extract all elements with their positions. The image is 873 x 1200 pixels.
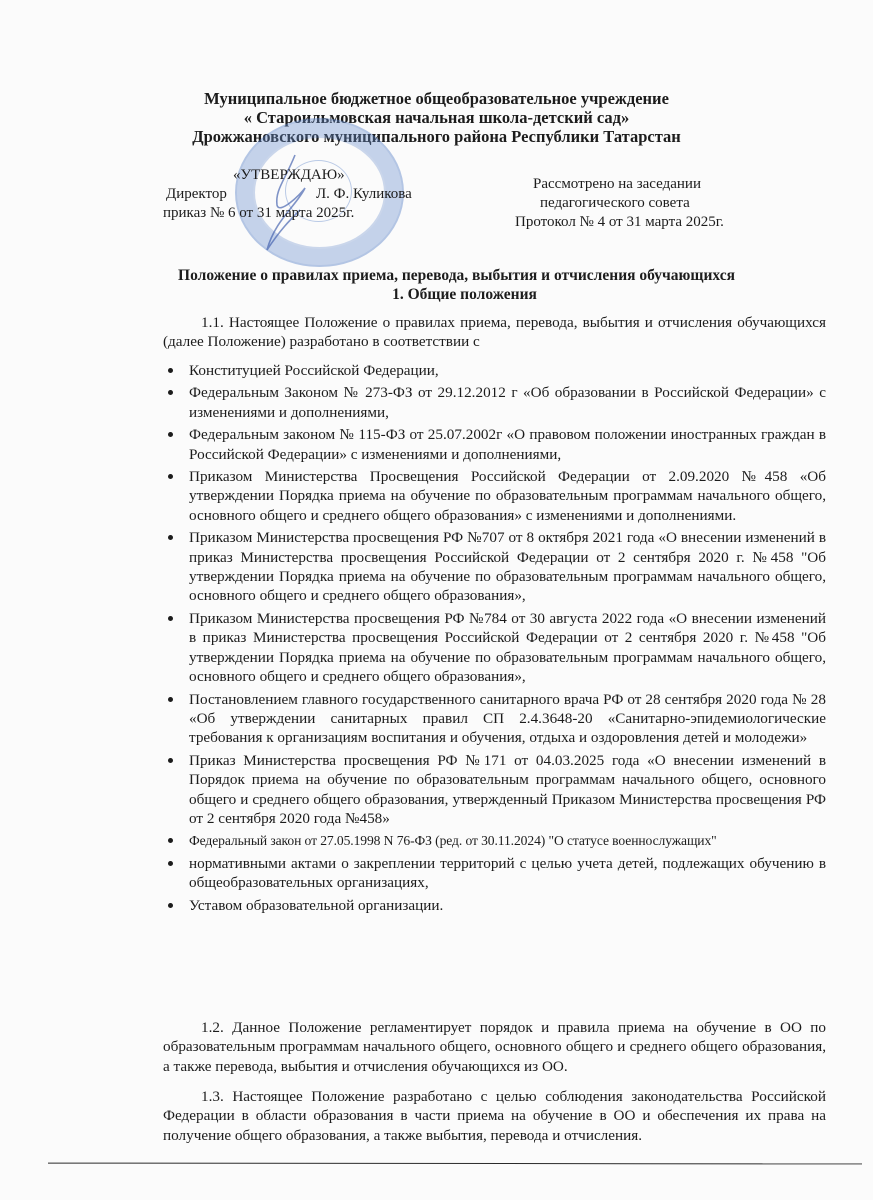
institution-line-3: Дрожжановского муниципального района Рес…	[0, 127, 873, 146]
list-item: Приказ Министерства просвещения РФ №171 …	[163, 751, 826, 829]
list-item: нормативными актами о закреплении террит…	[163, 854, 826, 893]
institution-line-1: Муниципальное бюджетное общеобразователь…	[0, 89, 873, 108]
list-item: Приказом Министерства Просвещения Россий…	[163, 467, 826, 525]
list-item: Постановлением главного государственного…	[163, 690, 826, 748]
council-line-2: педагогического совета	[540, 194, 690, 213]
bullet-icon	[168, 697, 173, 702]
institution-line-2: « Староильмовская начальная школа-детски…	[0, 108, 873, 127]
list-item: Федеральный закон от 27.05.1998 N 76-ФЗ …	[163, 831, 826, 850]
bullet-icon	[168, 616, 173, 621]
legal-basis-list: Конституцией Российской Федерации, Федер…	[163, 361, 826, 918]
paragraph-1-1: 1.1. Настоящее Положение о правилах прие…	[163, 313, 826, 352]
order-reference: приказ № 6 от 31 марта 2025г.	[163, 204, 354, 223]
list-item: Конституцией Российской Федерации,	[163, 361, 826, 380]
bullet-icon	[168, 758, 173, 763]
bottom-divider	[48, 1163, 862, 1165]
section-title: 1. Общие положения	[28, 285, 873, 304]
list-item: Уставом образовательной организации.	[163, 896, 826, 915]
list-item: Приказом Министерства просвещения РФ №70…	[163, 528, 826, 606]
list-item: Приказом Министерства просвещения РФ №78…	[163, 609, 826, 687]
bullet-icon	[168, 474, 173, 479]
bullet-icon	[168, 861, 173, 866]
institution-header: Муниципальное бюджетное общеобразователь…	[0, 89, 873, 146]
bullet-icon	[168, 838, 173, 843]
list-item: Федеральным Законом № 273-ФЗ от 29.12.20…	[163, 383, 826, 422]
council-line-1: Рассмотрено на заседании	[533, 175, 701, 194]
bullet-icon	[168, 368, 173, 373]
director-name: Л. Ф. Куликова	[316, 185, 412, 204]
paragraph-1-2: 1.2. Данное Положение регламентирует пор…	[163, 1018, 826, 1076]
list-item: Федеральным законом № 115-ФЗ от 25.07.20…	[163, 425, 826, 464]
council-protocol: Протокол № 4 от 31 марта 2025г.	[515, 213, 724, 232]
document-title: Положение о правилах приема, перевода, в…	[20, 266, 873, 285]
bullet-icon	[168, 390, 173, 395]
director-label: Директор	[166, 185, 227, 204]
bullet-icon	[168, 903, 173, 908]
bullet-icon	[168, 535, 173, 540]
approval-stamp-text: «УТВЕРЖДАЮ»	[233, 166, 345, 185]
bullet-icon	[168, 432, 173, 437]
paragraph-1-3: 1.3. Настоящее Положение разработано с ц…	[163, 1087, 826, 1145]
